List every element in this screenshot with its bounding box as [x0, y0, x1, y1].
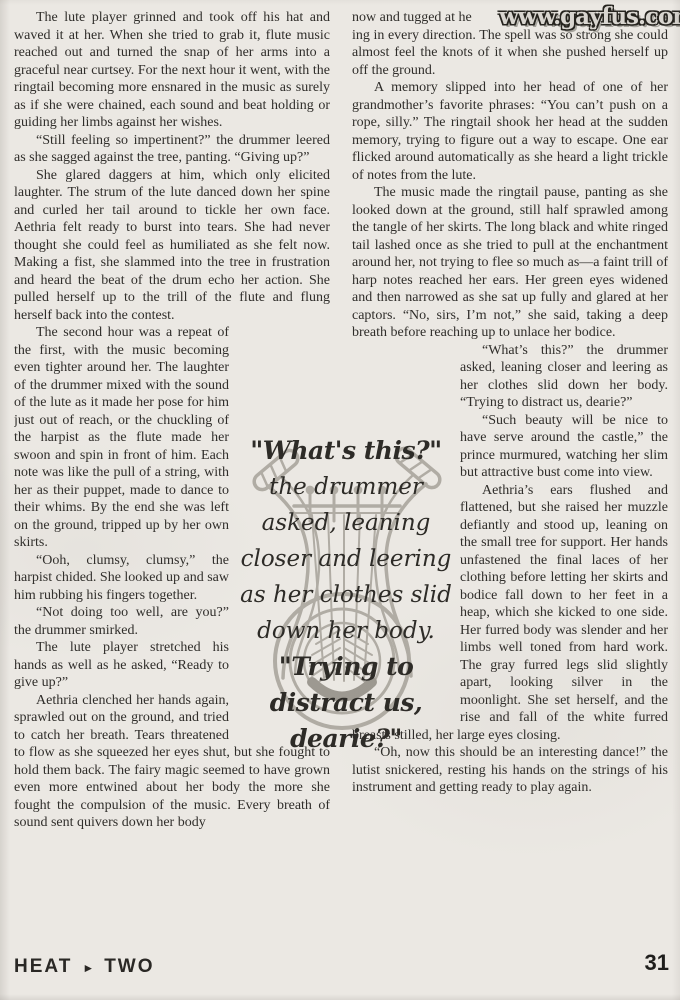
- page-number: 31: [645, 950, 669, 976]
- footer-title-part1: HEAT: [14, 956, 72, 978]
- footer-title-part2: TWO: [104, 956, 154, 978]
- right-text-column: now and tugged at he ll- ing in every di…: [352, 9, 668, 961]
- pull-quote-intrusion-left: [352, 342, 460, 716]
- line-fragment: now and tugged at he: [352, 9, 472, 27]
- paragraph: She glared daggers at him, which only el…: [14, 167, 330, 325]
- left-text-column: The lute player grinned and took off his…: [14, 9, 330, 957]
- paragraph: ing in every direction. The spell was so…: [352, 27, 668, 80]
- right-pointer-icon: ►: [82, 961, 94, 975]
- paragraph: “Still feeling so impertinent?” the drum…: [14, 132, 330, 167]
- footer-publication-title: HEAT ► TWO: [14, 956, 155, 978]
- paragraph: The music made the ringtail pause, panti…: [352, 184, 668, 342]
- watermark-text: www.gayfus.com: [499, 3, 680, 30]
- scanned-book-page: "What's this?" the drummer asked, leanin…: [0, 0, 680, 1000]
- paragraph: “Oh, now this should be an interesting d…: [352, 744, 668, 797]
- paragraph: A memory slipped into her head of one of…: [352, 79, 668, 184]
- pull-quote-intrusion-right: [229, 341, 330, 741]
- paragraph: The lute player grinned and took off his…: [14, 9, 330, 132]
